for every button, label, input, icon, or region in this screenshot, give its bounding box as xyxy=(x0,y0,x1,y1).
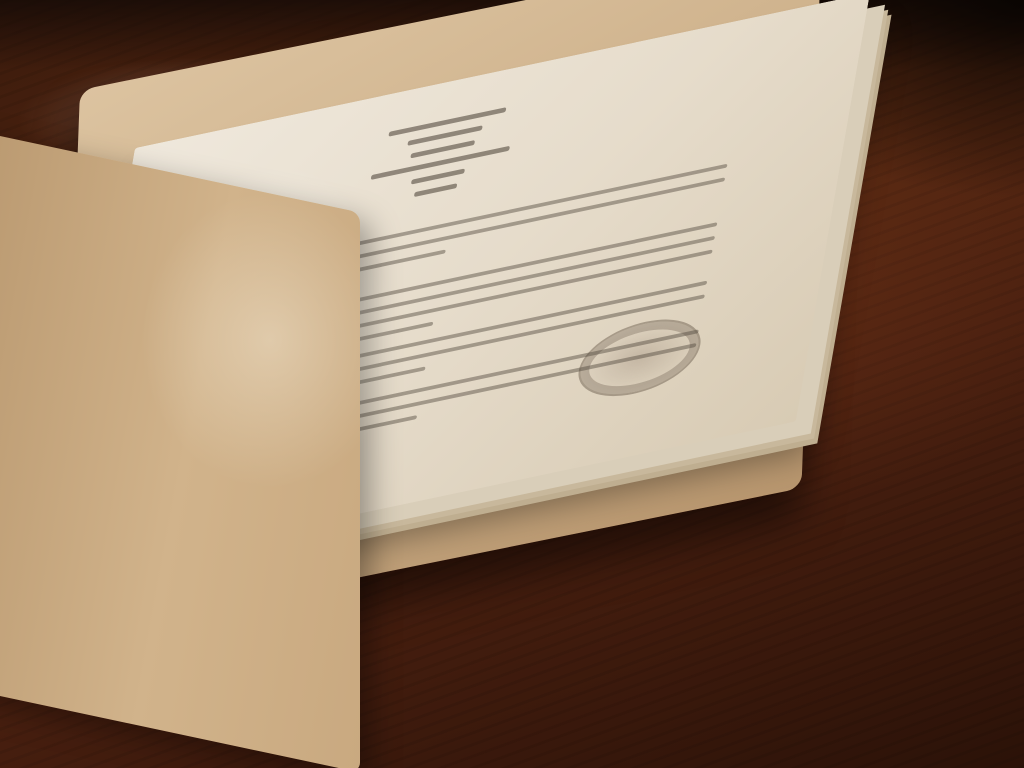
manila-folder-left-cover xyxy=(0,127,360,768)
photo-scene xyxy=(0,0,1024,768)
illegible-text-line xyxy=(411,168,465,184)
illegible-text-line xyxy=(414,183,457,197)
